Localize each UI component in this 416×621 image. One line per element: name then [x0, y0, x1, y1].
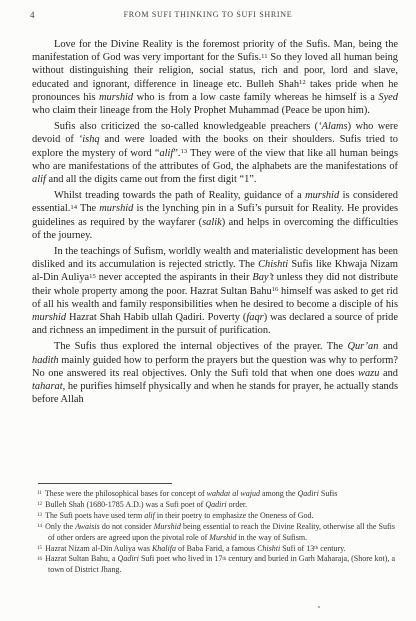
italic-term: Qur’an	[347, 341, 378, 352]
text-segment: Sufis also criticized the so-called know…	[54, 121, 318, 132]
text-segment: do not consider	[100, 522, 154, 531]
text-segment: The	[77, 203, 99, 214]
text-segment: order.	[227, 500, 247, 509]
italic-term: murshid	[305, 190, 339, 201]
footnote-item: 13The Sufi poets have used term alif in …	[37, 511, 395, 522]
superscript-reference: 13	[181, 148, 188, 155]
text-segment: who is from a low caste family whereas h…	[133, 92, 378, 103]
italic-term: ‘ishq	[79, 134, 100, 145]
paragraph: Whilst treading towards the path of Real…	[32, 189, 398, 242]
footnote-item: 16Hazrat Sultan Bahu, a Qadiri Sufi poet…	[37, 554, 395, 576]
text-segment: of Baba Farid, a famous	[176, 544, 257, 553]
text-segment: never accepted the aspirants in their	[96, 272, 253, 283]
paragraph: Love for the Divine Reality is the forem…	[32, 38, 398, 117]
italic-term: Qadiri	[205, 500, 226, 509]
footnote-item: 14Only the Awaisis do not consider Mursh…	[37, 522, 395, 544]
paragraph: The Sufis thus explored the internal obj…	[32, 340, 398, 406]
italic-term: Qadiri	[118, 554, 139, 563]
paragraph: In the teachings of Sufism, worldly weal…	[32, 245, 398, 337]
italic-term: ‘Alams	[318, 121, 347, 132]
text-segment: Hazrat Shah Habib ullah Qadiri. Poverty …	[66, 312, 246, 323]
italic-term: Chishti	[257, 544, 280, 553]
superscript-reference: 12	[299, 79, 306, 86]
text-segment: Sufi of 13	[280, 544, 314, 553]
text-segment: ”.	[173, 148, 180, 159]
text-segment: Bulleh Shah (1680-1785 A.D.) was a Sufi …	[45, 500, 205, 509]
italic-term: Khalifa	[152, 544, 176, 553]
text-segment: The Sufis thus explored the internal obj…	[54, 341, 347, 352]
running-header: 4 FROM SUFI THINKING TO SUFI SHRINE	[0, 10, 416, 22]
superscript-reference: th	[314, 545, 318, 551]
italic-term: murshid	[99, 203, 133, 214]
text-segment: and	[379, 368, 398, 379]
footnote-marker: 16	[37, 556, 42, 562]
italic-term: murshid	[99, 92, 133, 103]
body-text: Love for the Divine Reality is the forem…	[32, 38, 398, 406]
text-segment: among the	[260, 489, 298, 498]
footnote-marker: 14	[37, 523, 42, 529]
text-segment: century.	[318, 544, 345, 553]
page-number: 4	[30, 10, 35, 20]
italic-term: taharat	[32, 381, 63, 392]
text-segment: and all the digits came out from the fir…	[46, 174, 257, 185]
text-segment: These were the philosophical bases for c…	[45, 489, 207, 498]
text-segment: in the way of Sufism.	[236, 533, 307, 542]
italic-term: salik	[202, 217, 222, 228]
italic-term: Qadiri	[298, 489, 319, 498]
italic-term: hadith	[32, 355, 59, 366]
text-segment: Whilst treading towards the path of Real…	[54, 190, 305, 201]
text-segment: The Sufi poets have used term	[45, 511, 144, 520]
paragraph: Sufis also criticized the so-called know…	[32, 120, 398, 186]
footnote-item: 12Bulleh Shah (1680-1785 A.D.) was a Suf…	[37, 500, 395, 511]
superscript-reference: 11	[261, 53, 267, 60]
italic-term: alif	[159, 148, 173, 159]
running-header-title: FROM SUFI THINKING TO SUFI SHRINE	[0, 10, 416, 19]
footnote-marker: 15	[37, 545, 42, 551]
scan-artifact-speck	[318, 606, 320, 608]
footnote-marker: 11	[37, 490, 42, 496]
italic-term: Bay’t	[252, 272, 273, 283]
superscript-reference: 16	[272, 286, 279, 293]
italic-term: alif	[144, 511, 155, 520]
footnotes-section: 11These were the philosophical bases for…	[37, 489, 395, 576]
text-segment: Hazrat Sultan Bahu, a	[45, 554, 117, 563]
text-segment: , he purifies himself physically and whe…	[32, 381, 398, 405]
text-segment: and	[378, 341, 398, 352]
footnote-item: 11These were the philosophical bases for…	[37, 489, 395, 500]
italic-term: wahdat al wajud	[207, 489, 260, 498]
footnote-marker: 13	[37, 512, 42, 518]
italic-term: Syed	[378, 92, 398, 103]
footnote-item: 15Hazrat Nizam al-Din Auliya was Khalifa…	[37, 544, 395, 555]
italic-term: alif	[32, 174, 46, 185]
footnote-separator-rule	[38, 483, 172, 484]
italic-term: Murshid	[209, 533, 236, 542]
text-segment: who claim their lineage from the Holy Pr…	[32, 105, 370, 116]
italic-term: murshid	[32, 312, 66, 323]
footnote-marker: 12	[37, 501, 42, 507]
text-segment: in their poetry to emphasize the Oneness…	[155, 511, 314, 520]
superscript-reference: th	[222, 556, 226, 562]
italic-term: Murshid	[154, 522, 181, 531]
superscript-reference: 15	[89, 273, 96, 280]
text-segment: Sufis	[319, 489, 337, 498]
text-segment: Hazrat Nizam al-Din Auliya was	[45, 544, 152, 553]
italic-term: Chishti	[258, 259, 288, 270]
superscript-reference: 14	[70, 204, 77, 211]
italic-term: wazu	[358, 368, 379, 379]
text-segment: Only the	[45, 522, 75, 531]
book-page: 4 FROM SUFI THINKING TO SUFI SHRINE Love…	[0, 0, 416, 621]
text-segment: mainly guided how to perform the prayers…	[32, 355, 398, 379]
italic-term: Awaisis	[75, 522, 99, 531]
italic-term: faqr	[246, 312, 263, 323]
text-segment: Sufi poet who lived in 17	[139, 554, 222, 563]
